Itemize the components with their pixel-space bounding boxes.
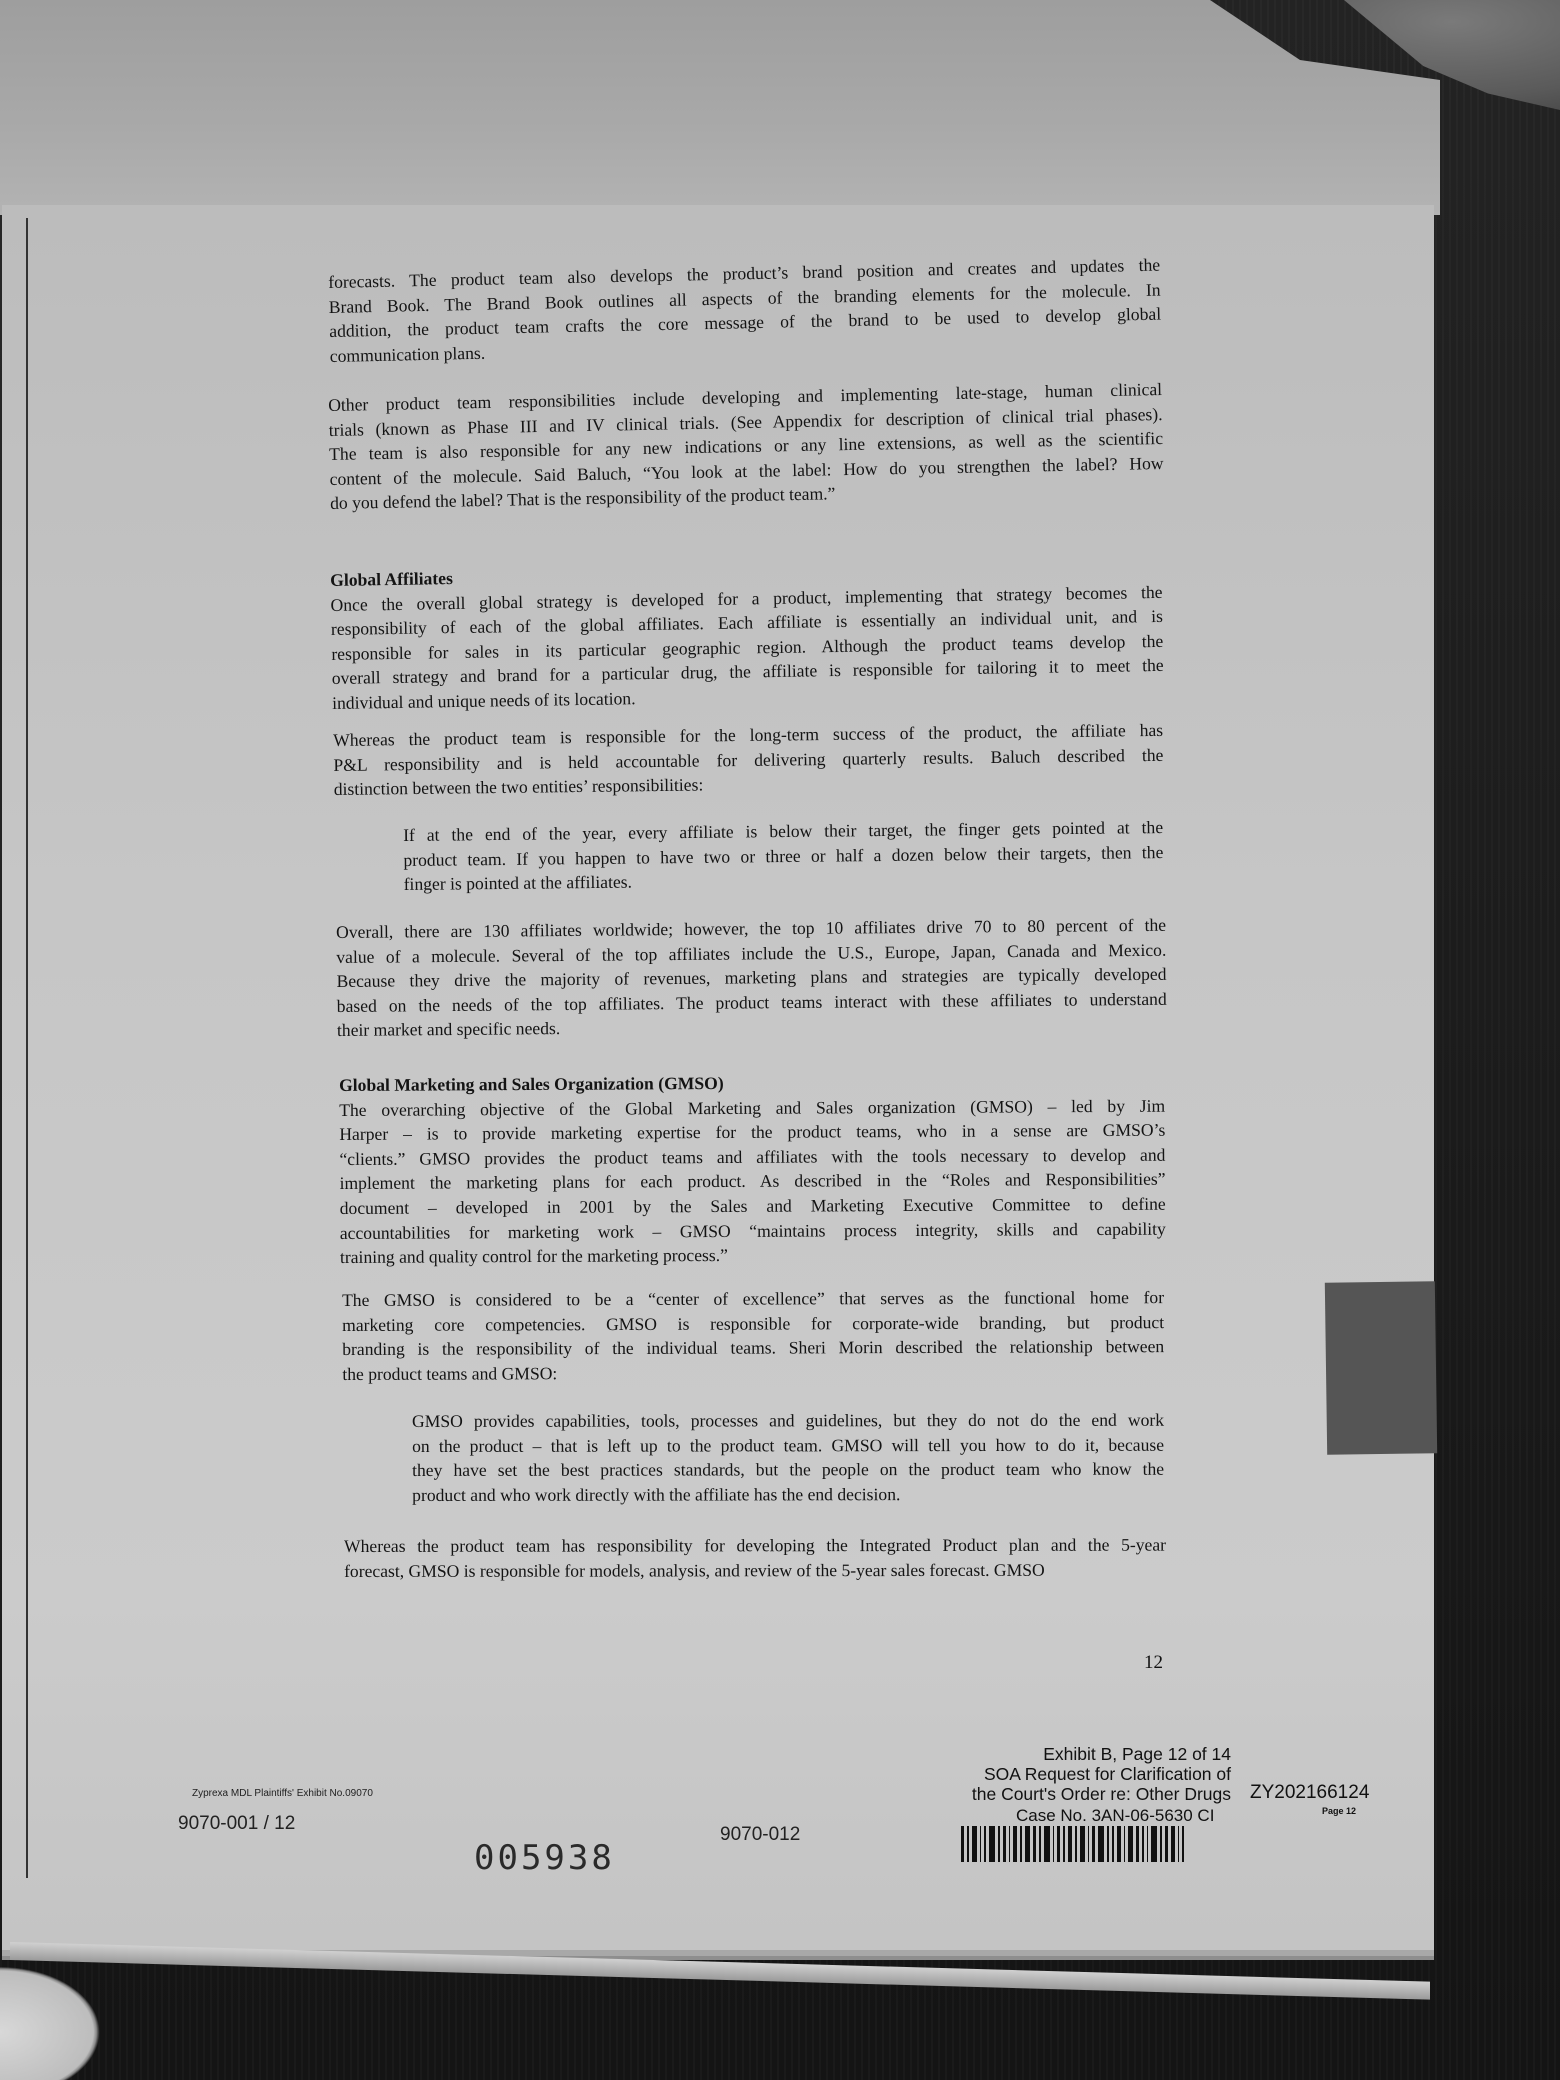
paragraph: Whereas the product team is responsible … xyxy=(333,718,1164,802)
barcode-bar xyxy=(1044,1826,1050,1862)
page-number: 12 xyxy=(1144,1652,1163,1674)
barcode-bar xyxy=(1160,1826,1162,1862)
barcode-bar xyxy=(998,1826,1000,1862)
exhibit-label: Zyprexa MDL Plaintiffs' Exhibit No.09070 xyxy=(192,1788,373,1799)
barcode-bar xyxy=(1142,1826,1144,1862)
exhibit-line-1: Exhibit B, Page 12 of 14 xyxy=(958,1744,1231,1764)
barcode-bar xyxy=(1075,1826,1077,1862)
block-quote: GMSO provides capabilities, tools, proce… xyxy=(412,1408,1164,1508)
paragraph: The GMSO is considered to be a “center o… xyxy=(342,1285,1164,1386)
barcode-bar xyxy=(1020,1826,1022,1862)
barcode-bar xyxy=(1128,1826,1133,1862)
barcode-bar xyxy=(1151,1826,1157,1862)
barcode-bar xyxy=(1088,1826,1089,1862)
barcode-bar xyxy=(1117,1826,1121,1862)
barcode-bar xyxy=(1107,1826,1109,1862)
barcode-bar xyxy=(1033,1826,1036,1862)
text-line: branding is the responsibility of the in… xyxy=(342,1334,1164,1361)
text-line: on the product – that is left up to the … xyxy=(412,1432,1164,1458)
barcode-bar xyxy=(1112,1826,1114,1862)
bates-number-mid: 9070-012 xyxy=(720,1824,800,1846)
text-line: accountabilities for marketing work – GM… xyxy=(340,1216,1166,1245)
barcode-bar xyxy=(989,1826,995,1862)
barcode-bar xyxy=(1009,1826,1010,1862)
barcode-bar xyxy=(1178,1826,1179,1862)
previous-page-flipped xyxy=(0,0,1440,215)
text-line: marketing core competencies. GMSO is res… xyxy=(342,1310,1164,1337)
barcode-bar xyxy=(1098,1826,1104,1862)
text-line: forecast, GMSO is responsible for models… xyxy=(344,1557,1166,1583)
text-line: The GMSO is considered to be a “center o… xyxy=(342,1285,1164,1312)
barcode-bar xyxy=(1147,1826,1148,1862)
block-quote: If at the end of the year, every affilia… xyxy=(403,815,1164,897)
bates-stamp: 005938 xyxy=(474,1838,615,1878)
barcode-bar xyxy=(1057,1826,1060,1862)
document-id: ZY202166124 xyxy=(1250,1782,1369,1804)
exhibit-line-2: SOA Request for Clarification of xyxy=(958,1764,1231,1784)
barcode-bar xyxy=(1171,1826,1175,1862)
barcode-bar xyxy=(967,1826,969,1862)
case-number: Case No. 3AN-06-5630 CI xyxy=(1016,1806,1214,1826)
text-line: Whereas the product team has responsibil… xyxy=(344,1533,1166,1559)
barcode-bar xyxy=(1182,1826,1184,1862)
bleed-through-text xyxy=(215,22,1155,192)
barcode xyxy=(961,1826,1301,1862)
document-id-page: Page 12 xyxy=(1322,1806,1356,1816)
binding-edge xyxy=(26,218,28,1878)
text-line: they have set the best practices standar… xyxy=(412,1457,1164,1483)
barcode-bar xyxy=(1136,1826,1139,1862)
barcode-bar xyxy=(1063,1826,1065,1862)
barcode-bar xyxy=(1039,1826,1041,1862)
barcode-bar xyxy=(1003,1826,1006,1862)
barcode-bar xyxy=(1053,1826,1054,1862)
bates-number-left: 9070-001 / 12 xyxy=(178,1813,295,1835)
barcode-bar xyxy=(1013,1826,1017,1862)
paragraph: Other product team responsibilities incl… xyxy=(328,377,1164,516)
barcode-bar xyxy=(980,1826,981,1862)
section: Global AffiliatesOnce the overall global… xyxy=(330,555,1164,716)
barcode-bar xyxy=(961,1826,964,1862)
text-line: GMSO provides capabilities, tools, proce… xyxy=(412,1408,1164,1434)
section: Global Marketing and Sales Organization … xyxy=(339,1069,1166,1270)
barcode-bar xyxy=(1068,1826,1072,1862)
exhibit-reference: Exhibit B, Page 12 of 14 SOA Request for… xyxy=(958,1744,1231,1804)
barcode-bar xyxy=(1092,1826,1095,1862)
exhibit-line-3: the Court's Order re: Other Drugs xyxy=(958,1784,1231,1804)
barcode-bar xyxy=(1025,1826,1030,1862)
paragraph: Overall, there are 130 affiliates worldw… xyxy=(336,913,1167,1043)
plate-object xyxy=(0,1960,110,2080)
text-line: the product teams and GMSO: xyxy=(342,1359,1164,1386)
paragraph: Whereas the product team has responsibil… xyxy=(344,1533,1166,1584)
text-line: document – developed in 2001 by the Sale… xyxy=(340,1192,1166,1221)
paragraph: forecasts. The product team also develop… xyxy=(328,253,1162,369)
text-line: training and quality control for the mar… xyxy=(340,1241,1166,1270)
barcode-bar xyxy=(1124,1826,1125,1862)
barcode-bar xyxy=(972,1826,977,1862)
text-line: product and who work directly with the a… xyxy=(412,1481,1164,1507)
barcode-bar xyxy=(1165,1826,1168,1862)
barcode-bar xyxy=(1080,1826,1085,1862)
sticky-tab xyxy=(1325,1281,1437,1455)
barcode-bar xyxy=(984,1826,986,1862)
